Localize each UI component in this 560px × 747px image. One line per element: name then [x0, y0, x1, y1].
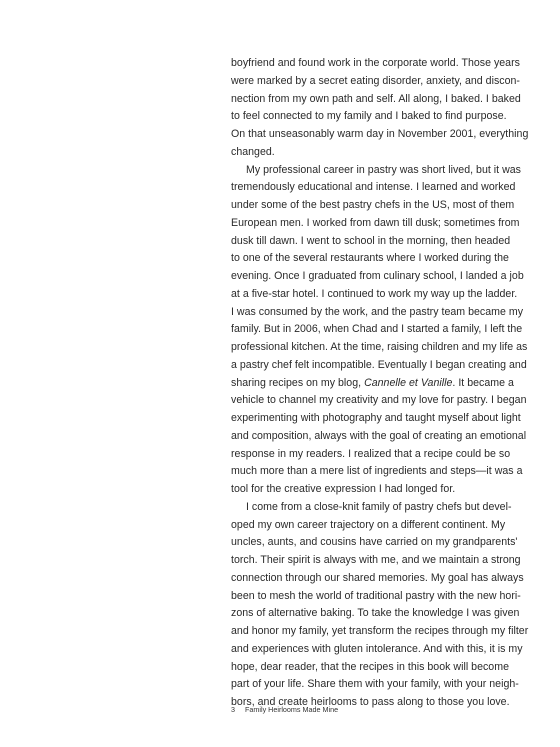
paragraph-1: boyfriend and found work in the corporat… [231, 55, 499, 162]
paragraph-2: My professional career in pastry was sho… [231, 162, 499, 499]
text-line: and honor my family, yet transform the r… [231, 623, 499, 641]
text-line: dusk till dawn. I went to school in the … [231, 233, 499, 251]
paragraph-3: I come from a close-knit family of pastr… [231, 499, 499, 712]
text-line: and composition, always with the goal of… [231, 428, 499, 446]
running-footer-title: Family Heirlooms Made Mine [245, 705, 338, 714]
text-line: been to mesh the world of traditional pa… [231, 588, 499, 606]
text-line: tremendously educational and intense. I … [231, 179, 499, 197]
page-footer: 3Family Heirlooms Made Mine [231, 705, 338, 714]
text-line: experimenting with photography and taugh… [231, 410, 499, 428]
text-line: evening. Once I graduated from culinary … [231, 268, 499, 286]
text-line: professional kitchen. At the time, raisi… [231, 339, 499, 357]
text-line: tool for the creative expression I had l… [231, 481, 499, 499]
text-line: a pastry chef felt incompatible. Eventua… [231, 357, 499, 375]
text-line: at a five-star hotel. I continued to wor… [231, 286, 499, 304]
text-line: I was consumed by the work, and the past… [231, 304, 499, 322]
blog-title: Cannelle et Vanille [364, 377, 452, 389]
text-line: torch. Their spirit is always with me, a… [231, 552, 499, 570]
text-line: under some of the best pastry chefs in t… [231, 197, 499, 215]
document-page: boyfriend and found work in the corporat… [0, 0, 560, 747]
text-line: boyfriend and found work in the corporat… [231, 55, 499, 73]
text-line: and experiences with gluten intolerance.… [231, 641, 499, 659]
text-line: vehicle to channel my creativity and my … [231, 392, 499, 410]
text-line: nection from my own path and self. All a… [231, 91, 499, 109]
blog-after-text: . It became a [452, 377, 514, 389]
text-line: changed. [231, 144, 499, 162]
text-line: uncles, aunts, and cousins have carried … [231, 534, 499, 552]
text-line: oped my own career trajectory on a diffe… [231, 517, 499, 535]
text-line: On that unseasonably warm day in Novembe… [231, 126, 499, 144]
text-line: connection through our shared memories. … [231, 570, 499, 588]
text-line: response in my readers. I realized that … [231, 446, 499, 464]
text-line: zons of alternative baking. To take the … [231, 605, 499, 623]
text-line: hope, dear reader, that the recipes in t… [231, 659, 499, 677]
text-line: family. But in 2006, when Chad and I sta… [231, 321, 499, 339]
text-line: I come from a close-knit family of pastr… [231, 499, 499, 517]
body-text: boyfriend and found work in the corporat… [231, 55, 499, 712]
text-line: European men. I worked from dawn till du… [231, 215, 499, 233]
blog-intro-text: sharing recipes on my blog, [231, 377, 364, 389]
text-line: much more than a mere list of ingredient… [231, 463, 499, 481]
text-line: part of your life. Share them with your … [231, 676, 499, 694]
text-line: to one of the several restaurants where … [231, 250, 499, 268]
page-number: 3 [231, 705, 245, 714]
text-line: to feel connected to my family and I bak… [231, 108, 499, 126]
text-line: My professional career in pastry was sho… [231, 162, 499, 180]
text-line-blog: sharing recipes on my blog, Cannelle et … [231, 375, 499, 393]
text-line: were marked by a secret eating disorder,… [231, 73, 499, 91]
